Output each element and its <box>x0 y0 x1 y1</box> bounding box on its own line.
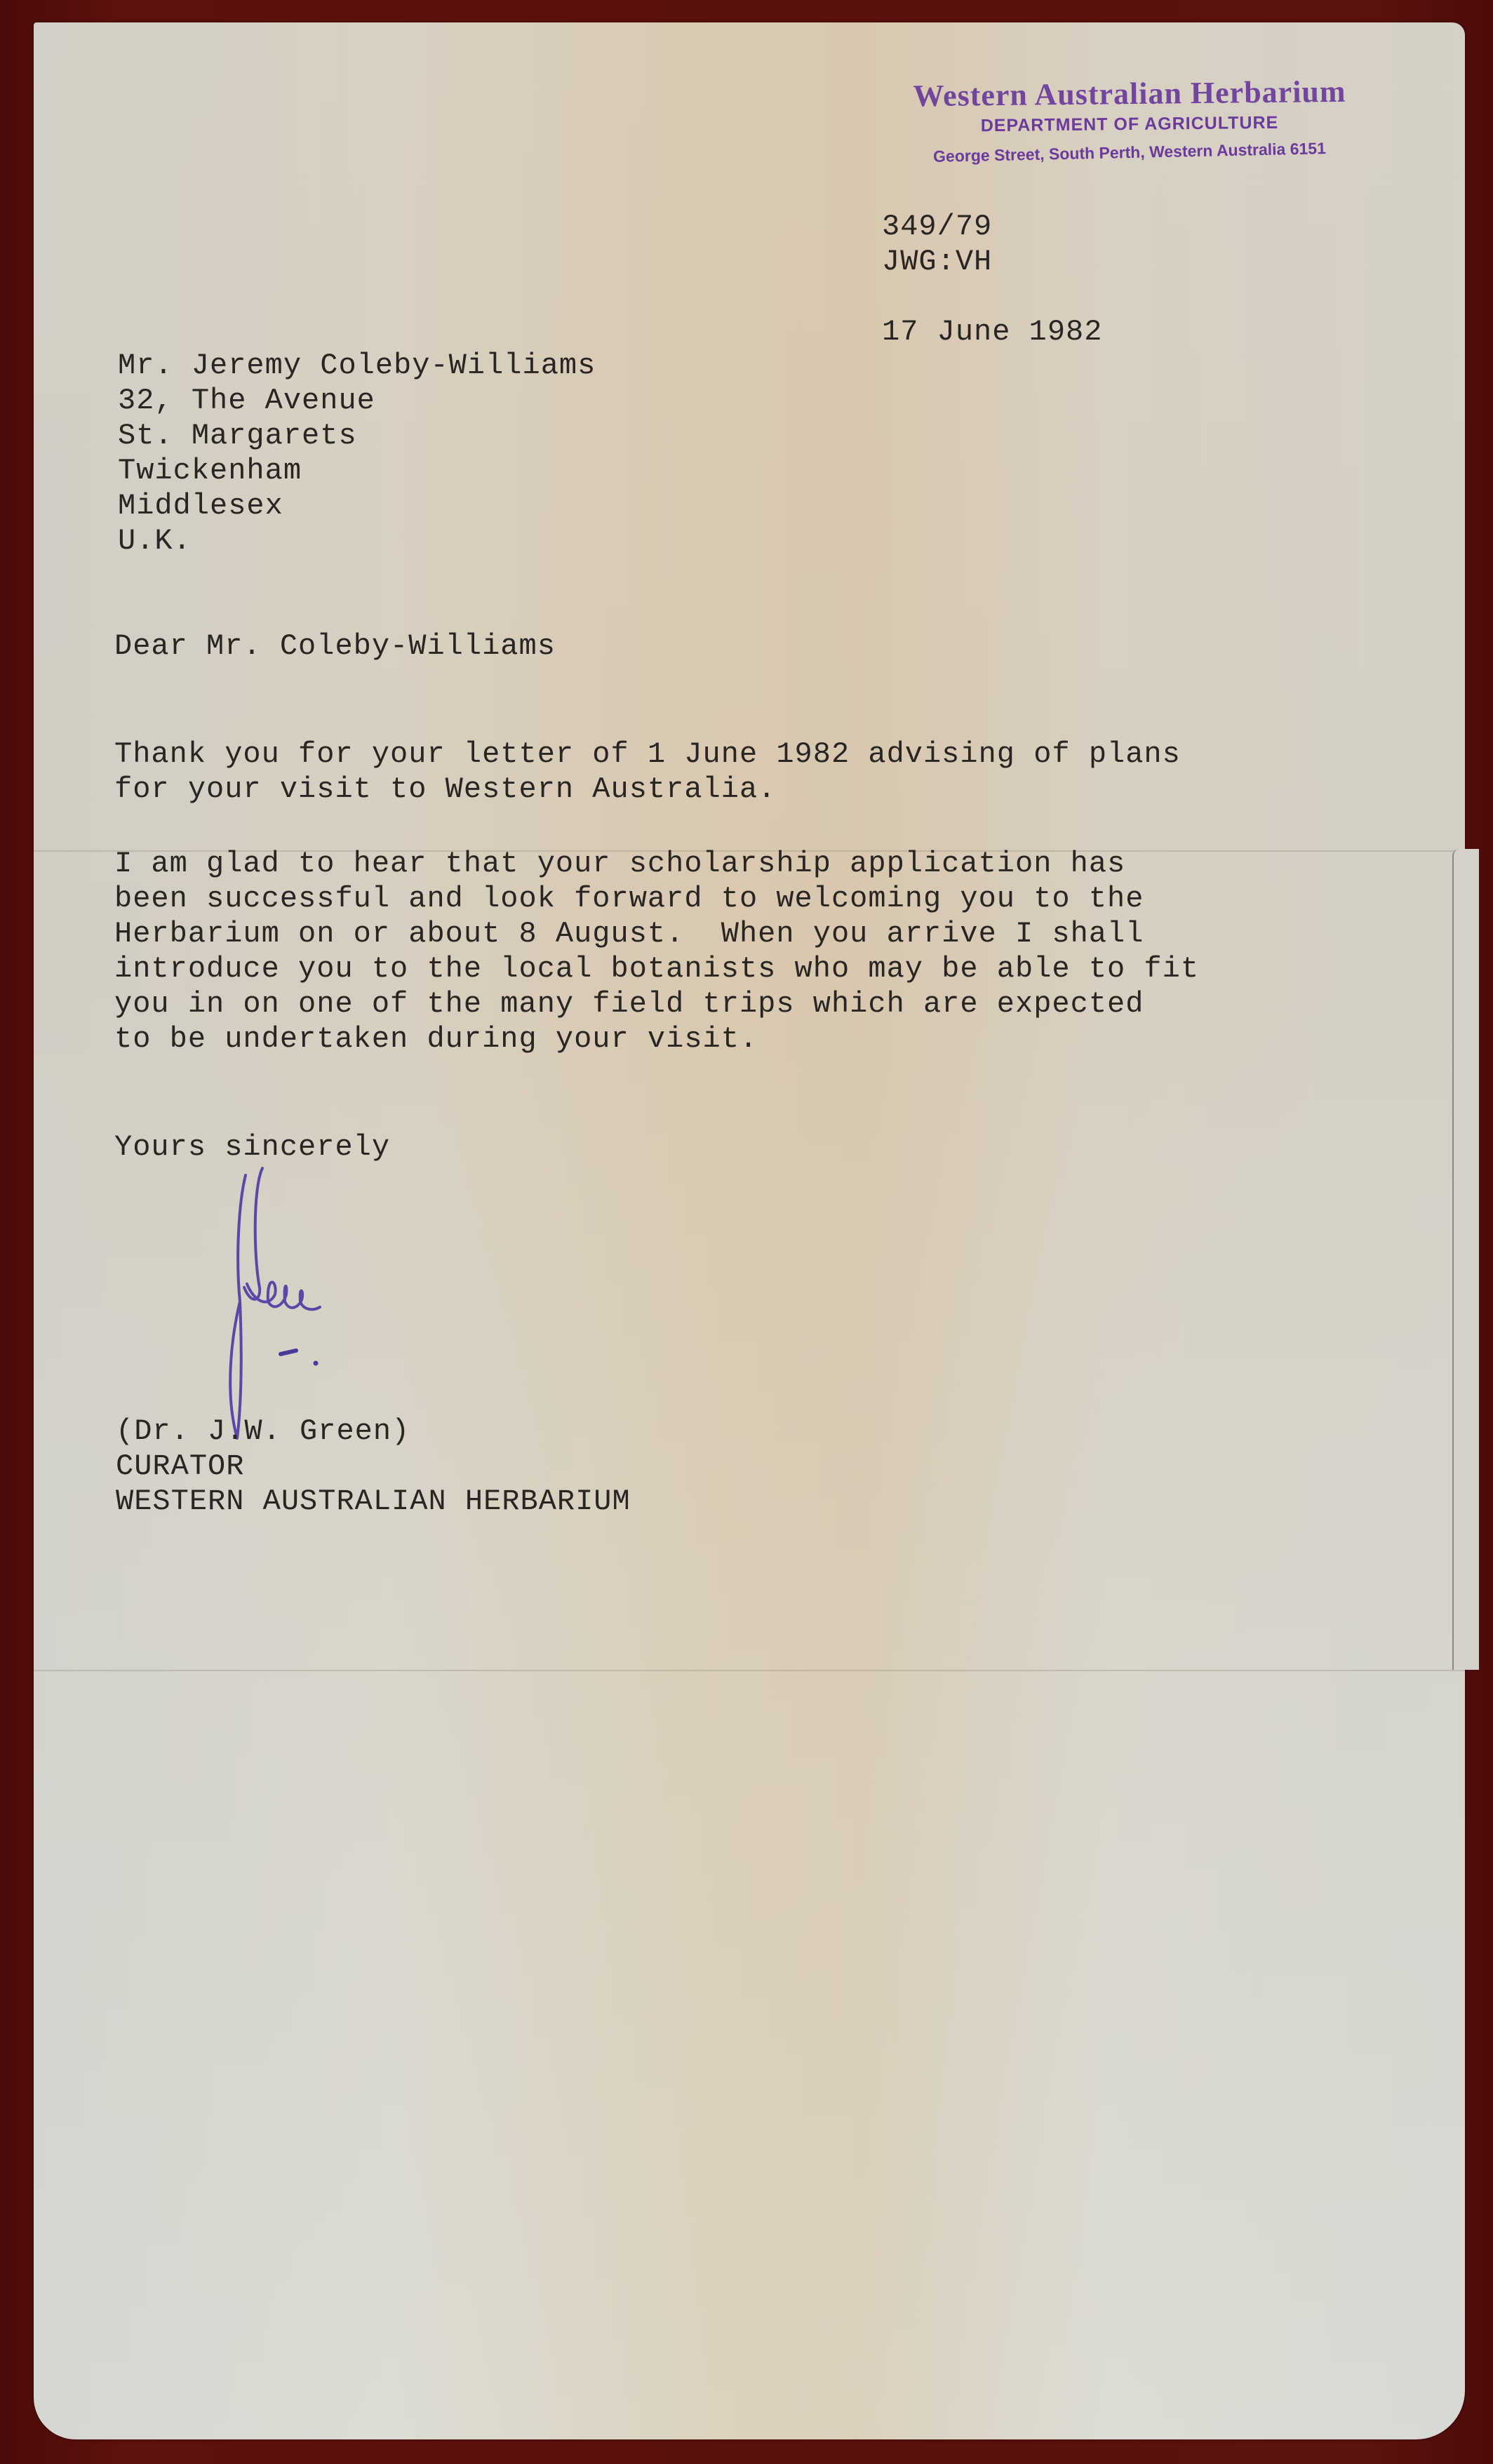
folded-paper-edge <box>1452 849 1479 1670</box>
typist-initials: JWG:VH <box>882 244 992 279</box>
signatory-block: (Dr. J.W. Green)CURATORWESTERN AUSTRALIA… <box>116 1414 631 1519</box>
address-line: Mr. Jeremy Coleby-Williams <box>118 348 596 383</box>
signatory-title: CURATOR <box>116 1449 631 1484</box>
paragraph-line: been successful and look forward to welc… <box>114 881 1199 916</box>
body-paragraph: Thank you for your letter of 1 June 1982… <box>114 737 1181 807</box>
address-line: 32, The Avenue <box>118 383 596 418</box>
paragraph-line: introduce you to the local botanists who… <box>114 951 1199 986</box>
letterhead-organization: Western Australian Herbarium <box>863 73 1396 114</box>
address-line: Middlesex <box>118 488 596 523</box>
paragraph-line: Herbarium on or about 8 August. When you… <box>114 916 1199 951</box>
signatory-name: (Dr. J.W. Green) <box>116 1414 631 1449</box>
paragraph-line: Thank you for your letter of 1 June 1982… <box>114 737 1181 772</box>
recipient-address: Mr. Jeremy Coleby-Williams32, The Avenue… <box>118 348 596 558</box>
paragraph-line: to be undertaken during your visit. <box>114 1022 1199 1057</box>
paragraph-line: I am glad to hear that your scholarship … <box>114 846 1199 881</box>
address-line: St. Margarets <box>118 418 596 453</box>
address-line: Twickenham <box>118 453 596 488</box>
file-number: 349/79 <box>882 209 992 244</box>
address-line: U.K. <box>118 523 596 558</box>
reference-block: 349/79JWG:VH <box>882 209 992 279</box>
letter-date: 17 June 1982 <box>882 314 1102 349</box>
signature-icon <box>210 1161 393 1442</box>
closing: Yours sincerely <box>114 1130 390 1165</box>
salutation: Dear Mr. Coleby-Williams <box>114 629 556 664</box>
signatory-organization: WESTERN AUSTRALIAN HERBARIUM <box>116 1484 631 1519</box>
paragraph-line: you in on one of the many field trips wh… <box>114 986 1199 1022</box>
letterhead-stamp: Western Australian Herbarium DEPARTMENT … <box>863 76 1396 162</box>
letterhead-department: DEPARTMENT OF AGRICULTURE <box>863 112 1396 138</box>
body-paragraph: I am glad to hear that your scholarship … <box>114 846 1199 1057</box>
paragraph-line: for your visit to Western Australia. <box>114 772 1181 807</box>
fold-crease <box>34 1670 1465 1671</box>
